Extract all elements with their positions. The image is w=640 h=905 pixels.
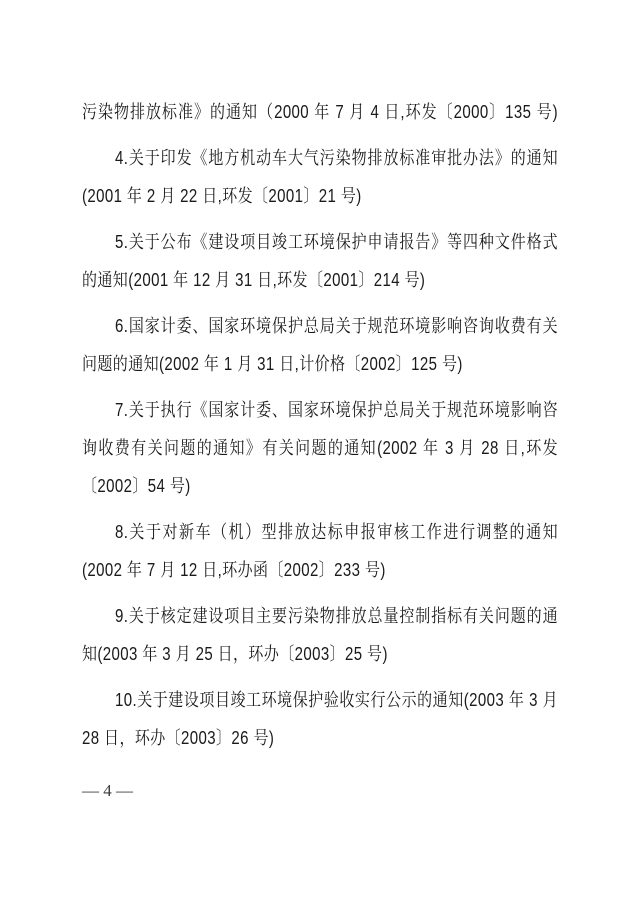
text-line: (2002 年 7 月 12 日,环办函〔2002〕233 号) (82, 548, 558, 594)
page-footer: — 4 — (82, 780, 558, 802)
paragraph-item-10: 10.关于建设项目竣工环境保护验收实行公示的通知(2003 年 3 月 28 日… (82, 682, 558, 758)
paragraph-item-4: 4.关于印发《地方机动车大气污染物排放标准审批办法》的通知 (2001 年 2 … (82, 140, 558, 216)
text-line: 的通知(2001 年 12 月 31 日,环发〔2001〕214 号) (82, 258, 558, 304)
text-line: 污染物排放标准》的通知（2000 年 7 月 4 日,环发〔2000〕135 号… (82, 90, 558, 136)
paragraph-item-9: 9.关于核定建设项目主要污染物排放总量控制指标有关问题的通 知(2003 年 3… (82, 598, 558, 674)
document-page: 污染物排放标准》的通知（2000 年 7 月 4 日,环发〔2000〕135 号… (0, 0, 640, 905)
paragraph-continuation: 污染物排放标准》的通知（2000 年 7 月 4 日,环发〔2000〕135 号… (82, 94, 558, 132)
text-line: 28 日，环办〔2003〕26 号) (82, 716, 558, 762)
text-line: 问题的通知(2002 年 1 月 31 日,计价格〔2002〕125 号) (82, 342, 558, 388)
paragraph-item-6: 6.国家计委、国家环境保护总局关于规范环境影响咨询收费有关 问题的通知(2002… (82, 308, 558, 384)
text-line: (2001 年 2 月 22 日,环发〔2001〕21 号) (82, 174, 558, 220)
paragraph-item-7: 7.关于执行《国家计委、国家环境保护总局关于规范环境影响咨 询收费有关问题的通知… (82, 392, 558, 506)
text-line: 知(2003 年 3 月 25 日，环办〔2003〕25 号) (82, 632, 558, 678)
text-line: 〔2002〕54 号) (82, 464, 558, 510)
paragraph-item-8: 8.关于对新车（机）型排放达标申报审核工作进行调整的通知 (2002 年 7 月… (82, 514, 558, 590)
document-body: 污染物排放标准》的通知（2000 年 7 月 4 日,环发〔2000〕135 号… (82, 94, 558, 758)
page-number: — 4 — (82, 781, 133, 800)
paragraph-item-5: 5.关于公布《建设项目竣工环境保护申请报告》等四种文件格式 的通知(2001 年… (82, 224, 558, 300)
